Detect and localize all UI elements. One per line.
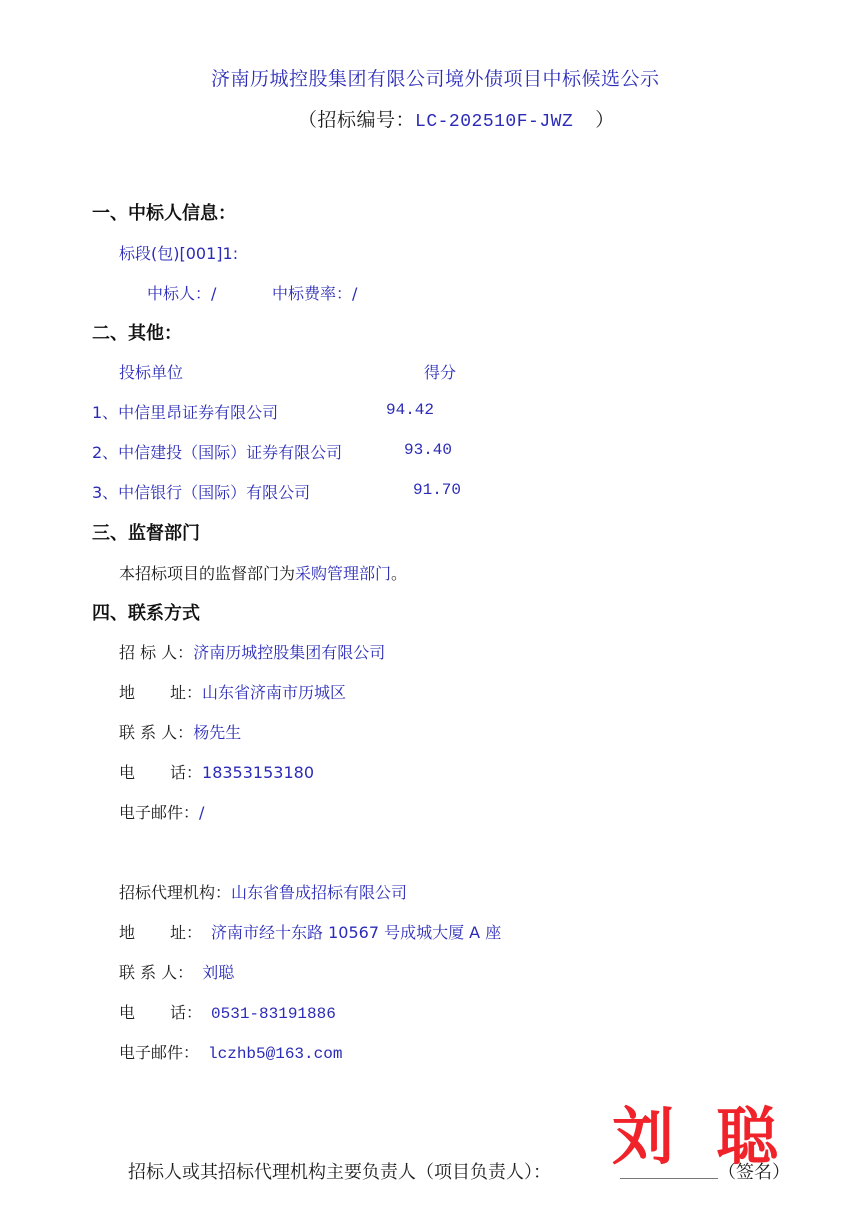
table-header-score: 得分	[424, 360, 456, 383]
tenderer-address-label-a: 地	[119, 680, 157, 703]
agency-contact-label: 联 系 人：	[119, 963, 193, 982]
tenderer-contact-row: 联 系 人：杨先生	[119, 720, 241, 743]
bidder-score: 93.40	[404, 441, 452, 459]
tenderer-contact-label: 联 系 人：	[119, 723, 193, 742]
tender-code-value: LC-202510F-JWZ	[415, 112, 573, 132]
tenderer-email-value: /	[199, 803, 204, 822]
signature-stamp-char-1: 刘	[612, 1106, 674, 1168]
tenderer-name-label: 招 标 人：	[119, 643, 193, 662]
tenderer-name-row: 招 标 人：济南历城控股集团有限公司	[119, 640, 385, 663]
bidder-name: 3、中信银行（国际）有限公司	[92, 480, 310, 503]
agency-phone-row: 电话：0531-83191886	[119, 1000, 336, 1023]
section-heading-contact: 四、联系方式	[92, 599, 200, 625]
agency-name-label: 招标代理机构：	[119, 883, 231, 902]
supervision-department: 采购管理部门	[295, 564, 391, 583]
bidder-score: 91.70	[413, 481, 461, 499]
tenderer-address-row: 地址：山东省济南市历城区	[119, 680, 346, 703]
tenderer-address-label-b: 址：	[170, 683, 202, 702]
supervision-text: 本招标项目的监督部门为采购管理部门。	[119, 561, 407, 584]
tenderer-contact-value: 杨先生	[193, 723, 241, 742]
agency-name-row: 招标代理机构：山东省鲁成招标有限公司	[119, 880, 407, 903]
agency-email-row: 电子邮件：lczhb5@163.com	[119, 1040, 342, 1063]
agency-contact-value: 刘聪	[202, 963, 234, 982]
agency-address-row: 地址：济南市经十东路 10567 号成城大厦 A 座	[119, 920, 501, 943]
signature-label: 招标人或其招标代理机构主要负责人（项目负责人）：	[128, 1158, 551, 1184]
signature-line	[620, 1178, 718, 1179]
supervision-prefix: 本招标项目的监督部门为	[119, 564, 295, 583]
tender-code-line: （招标编号：LC-202510F-JWZ）	[298, 105, 615, 132]
lot-label: 标段(包)[001]1:	[119, 241, 238, 264]
tenderer-email-row: 电子邮件：/	[119, 800, 204, 823]
bidder-name: 2、中信建投（国际）证券有限公司	[92, 440, 342, 463]
bidder-name: 1、中信里昂证券有限公司	[92, 400, 278, 423]
tenderer-phone-label-a: 电	[119, 760, 157, 783]
agency-phone-label-b: 话：	[170, 1003, 202, 1022]
section-heading-winner: 一、中标人信息：	[92, 199, 236, 225]
tenderer-email-label: 电子邮件：	[119, 803, 199, 822]
tenderer-phone-value: 18353153180	[202, 763, 314, 782]
tender-code-prefix: （招标编号：	[298, 109, 415, 131]
bidder-score: 94.42	[386, 401, 434, 419]
agency-contact-row: 联 系 人：刘聪	[119, 960, 234, 983]
agency-email-label: 电子邮件：	[119, 1043, 199, 1062]
table-header-bidder: 投标单位	[119, 360, 183, 383]
section-heading-supervision: 三、监督部门	[92, 519, 200, 545]
tenderer-name-value: 济南历城控股集团有限公司	[193, 643, 385, 662]
agency-address-label-a: 地	[119, 920, 157, 943]
signature-stamp-char-2: 聪	[716, 1106, 778, 1168]
tenderer-address-value: 山东省济南市历城区	[202, 683, 346, 702]
document-title: 济南历城控股集团有限公司境外债项目中标候选公示	[211, 64, 660, 91]
fee-rate-label: 中标费率：/	[272, 281, 357, 304]
agency-name-value: 山东省鲁成招标有限公司	[231, 883, 407, 902]
agency-email-value: lczhb5@163.com	[208, 1045, 342, 1063]
tenderer-phone-row: 电话：18353153180	[119, 760, 314, 783]
tender-code-suffix: ）	[595, 109, 615, 131]
winner-label: 中标人：/	[147, 281, 216, 304]
tenderer-phone-label-b: 话：	[170, 763, 202, 782]
agency-address-label-b: 址：	[170, 923, 202, 942]
agency-address-value: 济南市经十东路 10567 号成城大厦 A 座	[211, 923, 501, 942]
section-heading-other: 二、其他：	[92, 319, 182, 345]
agency-phone-value: 0531-83191886	[211, 1005, 336, 1023]
supervision-suffix: 。	[391, 564, 407, 583]
agency-phone-label-a: 电	[119, 1000, 157, 1023]
